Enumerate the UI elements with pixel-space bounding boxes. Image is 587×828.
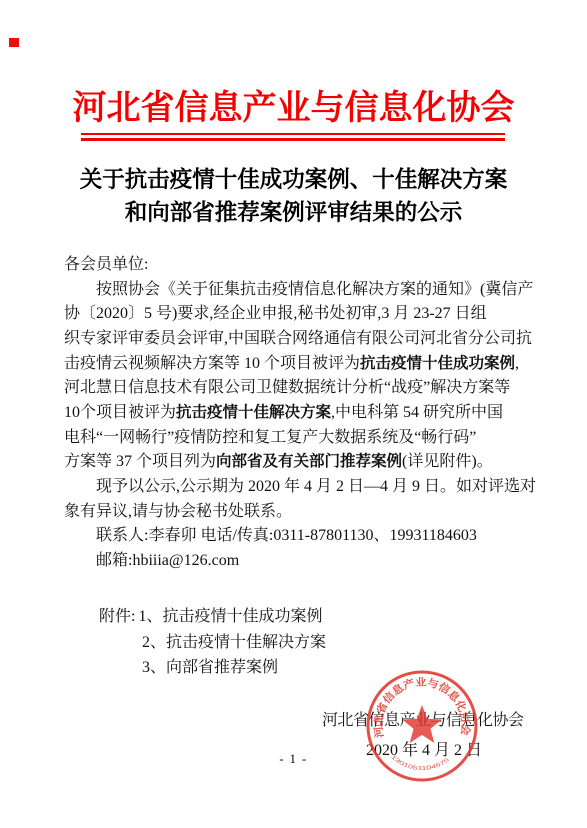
body-text: 河北慧日信息技术有限公司卫健数据统计分析“战疫”解决方案等 bbox=[64, 379, 510, 396]
body-text: 联系人:李春卯 电话/传真:0311-87801130、19931184603 bbox=[96, 527, 477, 544]
body-line: 方案等 37 个项目列为向部省及有关部门推荐案例(详见附件)。 bbox=[64, 450, 529, 475]
stamp-star-icon bbox=[402, 705, 442, 743]
body-line: 电科“一网畅行”疫情防控和复工复产大数据系统及“畅行码” bbox=[64, 426, 529, 451]
attachment-item: 3、向部省推荐案例 bbox=[99, 655, 326, 681]
org-title: 河北省信息产业与信息化协会 bbox=[0, 80, 587, 129]
body-text: 邮箱:hbiiia@126.com bbox=[96, 552, 239, 569]
highlighted-phrase: 抗击疫情十佳成功案例 bbox=[360, 355, 515, 372]
page-number: - 1 - bbox=[0, 752, 587, 767]
body-text: 协〔2020〕5 号)要求,经企业申报,秘书处初审,3 月 23-27 日组 bbox=[64, 305, 487, 322]
highlighted-phrase: 抗击疫情十佳解决方案 bbox=[176, 404, 331, 421]
attachment-text: 1、抗击疫情十佳成功案例 bbox=[138, 608, 322, 625]
attachment-item: 附件:1、抗击疫情十佳成功案例 bbox=[99, 604, 326, 630]
attachments-block: 附件:1、抗击疫情十佳成功案例2、抗击疫情十佳解决方案3、向部省推荐案例 bbox=[99, 604, 326, 681]
subject-line-2: 和向部省推荐案例评审结果的公示 bbox=[0, 196, 587, 229]
body-line: 10个项目被评为抗击疫情十佳解决方案,中电科第 54 研究所中国 bbox=[64, 401, 529, 426]
body-text: 现予以公示,公示期为 2020 年 4 月 2 日—4 月 9 日。如对评选对 bbox=[96, 478, 536, 495]
document-subject: 关于抗击疫情十佳成功案例、十佳解决方案 和向部省推荐案例评审结果的公示 bbox=[0, 163, 587, 229]
body-text: (详见附件)。 bbox=[402, 453, 493, 470]
body-line: 邮箱:hbiiia@126.com bbox=[64, 549, 529, 574]
body-line: 协〔2020〕5 号)要求,经企业申报,秘书处初审,3 月 23-27 日组 bbox=[64, 302, 529, 327]
body-text: 击疫情云视频解决方案等 10 个项目被评为 bbox=[64, 355, 360, 372]
body-text: 电科“一网畅行”疫情防控和复工复产大数据系统及“畅行码” bbox=[64, 429, 476, 446]
body-text: 各会员单位: bbox=[64, 256, 148, 273]
subject-line-1: 关于抗击疫情十佳成功案例、十佳解决方案 bbox=[0, 163, 587, 196]
body-text-block: 各会员单位:按照协会《关于征集抗击疫情信息化解决方案的通知》(冀信产协〔2020… bbox=[64, 253, 529, 574]
body-text: , bbox=[515, 355, 519, 372]
body-line: 各会员单位: bbox=[64, 253, 529, 278]
body-line: 现予以公示,公示期为 2020 年 4 月 2 日—4 月 9 日。如对评选对 bbox=[64, 475, 529, 500]
body-line: 联系人:李春卯 电话/传真:0311-87801130、19931184603 bbox=[64, 524, 529, 549]
highlighted-phrase: 向部省及有关部门推荐案例 bbox=[216, 453, 402, 470]
body-line: 象有异议,请与协会秘书处联系。 bbox=[64, 500, 529, 525]
body-text: 方案等 37 个项目列为 bbox=[64, 453, 216, 470]
body-text: 按照协会《关于征集抗击疫情信息化解决方案的通知》(冀信产 bbox=[96, 281, 533, 298]
body-text: 象有异议,请与协会秘书处联系。 bbox=[64, 503, 292, 520]
body-line: 河北慧日信息技术有限公司卫健数据统计分析“战疫”解决方案等 bbox=[64, 376, 529, 401]
body-text: 10个项目被评为 bbox=[64, 404, 176, 421]
attachment-item: 2、抗击疫情十佳解决方案 bbox=[99, 630, 326, 656]
attachments-label: 附件: bbox=[99, 608, 135, 625]
corner-mark bbox=[9, 38, 19, 47]
body-text: 织专家评审委员会评审,中国联合网络通信有限公司河北省分公司抗 bbox=[64, 330, 532, 347]
body-text: ,中电科第 54 研究所中国 bbox=[331, 404, 503, 421]
body-line: 织专家评审委员会评审,中国联合网络通信有限公司河北省分公司抗 bbox=[64, 327, 529, 352]
title-underline bbox=[81, 133, 505, 141]
body-line: 击疫情云视频解决方案等 10 个项目被评为抗击疫情十佳成功案例, bbox=[64, 352, 529, 377]
document-page: 河北省信息产业与信息化协会 关于抗击疫情十佳成功案例、十佳解决方案 和向部省推荐… bbox=[0, 0, 587, 828]
body-line: 按照协会《关于征集抗击疫情信息化解决方案的通知》(冀信产 bbox=[64, 278, 529, 303]
